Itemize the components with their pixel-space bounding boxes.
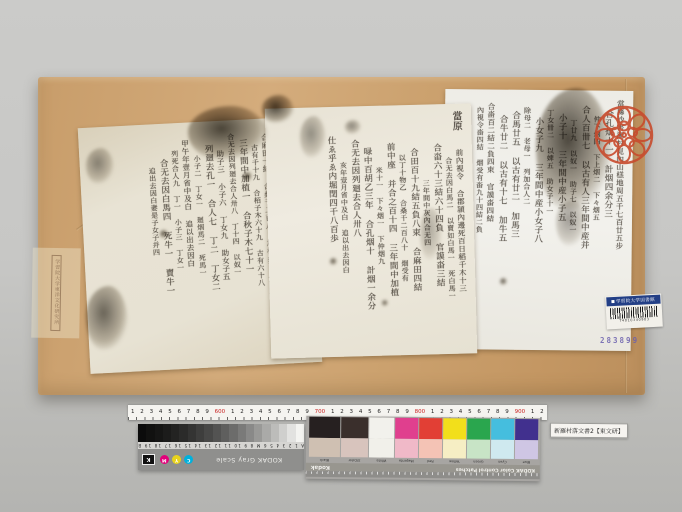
gray-step	[287, 424, 295, 442]
gray-step	[163, 424, 171, 442]
gray-scale-band: K MYC KODAK Gray Scale	[138, 449, 304, 470]
ruler-mark: 5	[368, 410, 372, 416]
manuscript-column: 丁女卌二 以婢五 助女子十一	[544, 109, 554, 341]
ruler-mark: 7	[187, 410, 191, 416]
ruler-mark: 4	[459, 410, 463, 416]
color-patch-title: KODAK Color Control Patches	[456, 466, 535, 472]
gray-step	[171, 424, 179, 442]
color-patch-saturated	[341, 417, 368, 438]
color-patch-ruler	[306, 471, 540, 479]
gray-scale-index-row: A 1 2 3 4 5 6 M 8 9 10 11 12 13 14 15 16…	[138, 442, 304, 449]
ruler-mark: 8	[196, 410, 200, 416]
ruler-mark: 9	[205, 410, 209, 416]
color-patch-saturated	[369, 417, 394, 438]
color-patch-saturated	[491, 419, 514, 440]
manuscript-column: 以丁十物乙 合桑千二百八十 烟受有	[398, 154, 410, 346]
color-patch-tint	[466, 439, 489, 458]
manuscript-column: 㖨中百胡乙三年 合孔烟十 計烟一余分	[362, 147, 376, 347]
color-patch-saturated	[467, 418, 490, 439]
manuscript-title: 當原	[448, 111, 464, 131]
color-patch-name: Magenta	[394, 458, 417, 464]
ruler-mark: 9	[505, 410, 509, 416]
gray-step	[146, 424, 154, 442]
kodak-gray-scale: A 1 2 3 4 5 6 M 8 9 10 11 12 13 14 15 16…	[138, 424, 304, 470]
ruler-mark: 9	[305, 410, 309, 416]
ruler-mark: 2	[240, 410, 244, 416]
manuscript-sheet-middle: 當原 前內視令 合郡頴內邊死百日稻千木十三合无去因白馬二 以賣如白馬一 死白馬一…	[265, 103, 477, 358]
color-patch: Magenta	[394, 418, 417, 464]
color-dot-icon: Y	[172, 455, 181, 464]
manuscript-column: 合畓六十三結六十四負 官謨畓三結	[432, 143, 446, 345]
gray-step	[238, 424, 246, 442]
gray-step	[271, 424, 279, 442]
ruler-mark: 1	[131, 410, 135, 416]
accession-number-stamp: 283899	[600, 336, 639, 345]
ruler-mark: 2	[140, 410, 144, 416]
photo-stage: 合畓廿三結九負 合牛八 三年間中合畓廿九結十九負 官謨畓三結廿負烟受有畓九十四結…	[0, 0, 682, 512]
owner-stamp-label: 学習院大学東洋文化研究所	[31, 248, 81, 339]
gray-step	[204, 424, 212, 442]
gray-step	[188, 424, 196, 442]
gray-step	[138, 424, 146, 442]
manuscript-column: 合人百卌七 以古有人三年間中産并	[578, 105, 589, 341]
color-patch-tint	[308, 438, 339, 457]
gray-step	[213, 424, 221, 442]
library-label: 学習院大学図書館 T4010340903	[605, 294, 663, 330]
color-patch-tint	[442, 439, 465, 458]
color-patch-name: 3/Color	[340, 457, 367, 463]
ruler-mark: 800	[415, 410, 426, 416]
gray-step	[179, 424, 187, 442]
ruler-mark: 1	[531, 410, 535, 416]
color-patch: White	[368, 417, 393, 463]
ruler-mark: 3	[350, 410, 354, 416]
color-patch-tint	[514, 440, 537, 459]
color-patch-name: Red	[418, 458, 441, 464]
gray-step	[196, 424, 204, 442]
color-patch: 3/Color	[340, 417, 367, 463]
color-patch-name: Blue	[514, 459, 537, 465]
owner-stamp: 学習院大学東洋文化研究所	[51, 255, 62, 331]
color-patch-saturated	[419, 418, 442, 439]
ruler-mark: 3	[150, 410, 154, 416]
cmy-dots: MYC	[160, 455, 193, 464]
gray-scale-title: KODAK Gray Scale	[198, 456, 300, 464]
ruler-mark: 7	[487, 410, 491, 416]
color-patch-tint	[490, 440, 513, 459]
gray-step	[155, 424, 163, 442]
color-patch: Black	[308, 417, 339, 463]
ruler-mark: 5	[268, 410, 272, 416]
gray-step	[262, 424, 270, 442]
ruler-mark: 6	[177, 410, 181, 416]
manuscript-column: 丁廿九 以奴一 助子七 以奴一	[567, 119, 577, 341]
ruler-mark: 4	[259, 410, 263, 416]
manuscript-column: 前內視令 合郡頴內邊死百日稻千木十三	[455, 149, 468, 345]
ruler-mark: 5	[168, 410, 172, 416]
color-patch: Cyan	[490, 419, 513, 465]
manuscript-column: 合畓百二結二負四束 官謨畓四結	[485, 102, 495, 340]
manuscript-column: 除母二 老母一 列加合人二	[521, 107, 531, 341]
ruler-mark: 2	[440, 410, 444, 416]
manuscript-column: 小女子九 三年間中産小女子八	[532, 117, 543, 341]
ruler-mark: 7	[387, 410, 391, 416]
gray-step	[254, 424, 262, 442]
ruler-mark: 1	[331, 410, 335, 416]
color-patch-saturated	[395, 418, 418, 439]
ruler-mark: 8	[296, 410, 300, 416]
ruler-mark: 3	[250, 410, 254, 416]
color-patch-tint	[340, 438, 367, 457]
manuscript-column: 合牛廿二 以古有十七 加牛五	[496, 115, 507, 341]
gray-step	[246, 424, 254, 442]
color-patch-name: Cyan	[490, 459, 513, 465]
library-label-title: 学習院大学図書館	[606, 295, 660, 307]
ruler-mark: 3	[450, 410, 454, 416]
ruler-mark: 4	[359, 410, 363, 416]
color-patch-tint	[418, 439, 441, 458]
ruler-mark: 8	[396, 410, 400, 416]
ruler-mark: 2	[340, 410, 344, 416]
flower-rosette-seal-icon	[592, 103, 656, 167]
gray-step	[221, 424, 229, 442]
kodak-brand: Kodak	[311, 464, 330, 470]
manuscript-column: 合无去因白馬二 以賣如白馬一 死白馬一	[444, 157, 456, 345]
manuscript-column: 前中座 并合之百十四 三年間中加植	[385, 142, 399, 346]
manuscript-column: 亥年壹月省中及白 追以出去因白	[339, 162, 351, 348]
gray-step	[296, 424, 304, 442]
ruler-mark: 600	[215, 410, 226, 416]
ruler-mark: 7	[287, 410, 291, 416]
archive-label: 新羅村落文書2【東文研】	[550, 423, 628, 439]
color-patch-saturated	[309, 417, 340, 438]
ruler-mark: 5	[468, 410, 472, 416]
color-patch-name: Yellow	[442, 458, 465, 464]
ruler-mark: 6	[277, 410, 281, 416]
color-patch-swatches: Black 3/Color White Magenta	[306, 417, 540, 465]
ruler-mark: 1	[431, 410, 435, 416]
ruler-mark: 900	[515, 410, 526, 416]
color-patch-saturated	[443, 418, 466, 439]
color-patch: Blue	[514, 419, 537, 465]
ruler-mark: 700	[315, 410, 326, 416]
ruler-mark: 1	[231, 410, 235, 416]
kodak-logo-icon: K	[142, 454, 155, 465]
color-patch-name: White	[368, 457, 393, 463]
color-patch: Green	[466, 418, 489, 464]
color-dot-icon: C	[184, 455, 193, 464]
manuscript-column: 合田百十九結五負八束 合麻田四結	[408, 148, 422, 346]
color-patch-tint	[368, 438, 393, 457]
ruler-mark: 9	[405, 410, 409, 416]
ruler-mark: 6	[477, 410, 481, 416]
color-dot-icon: M	[160, 455, 169, 464]
color-patch-name: Black	[308, 457, 339, 463]
color-patch-tint	[394, 439, 417, 458]
manuscript-column: 小子十 三年間中産小子五	[555, 113, 566, 341]
kodak-color-patches: Black 3/Color White Magenta	[306, 416, 541, 481]
color-patch: Red	[418, 418, 441, 464]
manuscript-column: 三年間中灰內合无四	[422, 179, 434, 345]
color-patch-saturated	[515, 419, 538, 440]
color-patch-name: Green	[466, 458, 489, 464]
gray-step	[229, 424, 237, 442]
ruler-mark: 8	[496, 410, 500, 416]
gray-scale-steps	[138, 424, 304, 442]
ruler-mark: 4	[159, 410, 163, 416]
ruler-mark: 2	[540, 410, 544, 416]
ruler-mark: 6	[377, 410, 381, 416]
color-patch: Yellow	[442, 418, 465, 464]
manuscript-column: 合馬廿五 以古有廿二 加馬三	[508, 111, 519, 341]
gray-step	[279, 424, 287, 442]
